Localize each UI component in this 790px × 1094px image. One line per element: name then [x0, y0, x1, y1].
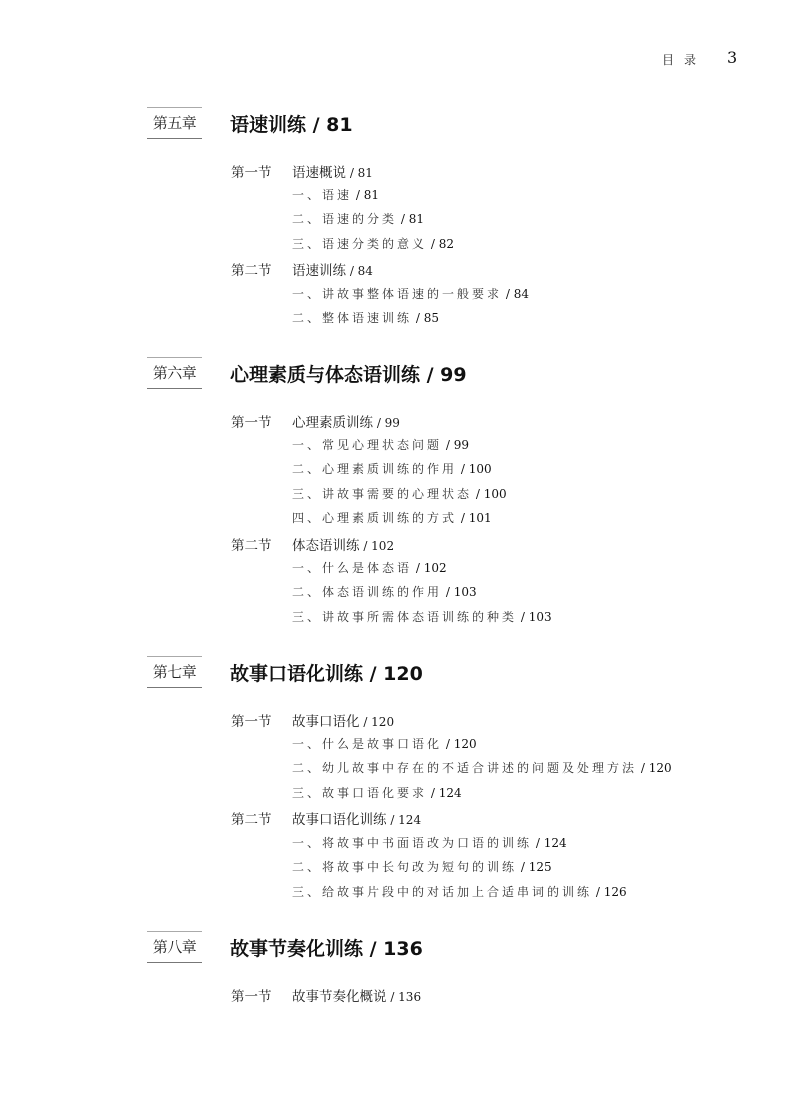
item-page: / 124 — [427, 786, 462, 800]
chapter-heading: 第五章 语速训练 / 81 — [147, 107, 707, 139]
section-label: 第二节 — [231, 259, 292, 279]
section-page: / 136 — [387, 990, 422, 1004]
chapter-title: 心理素质与体态语训练 / 99 — [230, 360, 467, 387]
toc-item: 三、讲故事所需体态语训练的种类 / 103 — [292, 608, 552, 625]
item-text: 二、心理素质训练的作用 — [292, 462, 457, 476]
item-text: 一、语速 — [292, 188, 352, 202]
chapter-heading: 第八章 故事节奏化训练 / 136 — [147, 931, 707, 963]
item-text: 一、讲故事整体语速的一般要求 — [292, 287, 502, 301]
item-page: / 81 — [352, 188, 379, 202]
section-title: 体态语训练 — [292, 538, 360, 554]
toc-item: 二、体态语训练的作用 / 103 — [292, 583, 477, 600]
item-page: / 100 — [472, 487, 507, 501]
section-entry: 第一节故事口语化 / 120 — [231, 710, 394, 730]
item-page: / 81 — [397, 212, 424, 226]
item-page: / 85 — [412, 311, 439, 325]
chapter-label: 第八章 — [147, 931, 202, 963]
chapter-title: 故事口语化训练 / 120 — [230, 659, 423, 686]
section-entry: 第一节故事节奏化概说 / 136 — [231, 985, 421, 1005]
item-page: / 103 — [517, 610, 552, 624]
item-page: / 102 — [412, 561, 447, 575]
item-page: / 101 — [457, 511, 492, 525]
toc-item: 一、语速 / 81 — [292, 186, 379, 203]
toc-item: 三、故事口语化要求 / 124 — [292, 784, 462, 801]
section-page: / 102 — [360, 539, 395, 553]
toc-item: 一、什么是体态语 / 102 — [292, 559, 447, 576]
section-label: 第二节 — [231, 534, 292, 554]
chapter-heading: 第六章 心理素质与体态语训练 / 99 — [147, 357, 707, 389]
toc-item: 三、讲故事需要的心理状态 / 100 — [292, 485, 507, 502]
item-text: 三、语速分类的意义 — [292, 237, 427, 251]
item-page: / 125 — [517, 860, 552, 874]
section-page: / 124 — [387, 813, 422, 827]
section-title: 故事口语化训练 — [292, 812, 387, 828]
item-text: 四、心理素质训练的方式 — [292, 511, 457, 525]
section-page: / 81 — [346, 166, 373, 180]
page-number: 3 — [727, 48, 737, 67]
section-page: / 99 — [373, 416, 400, 430]
section-entry: 第二节体态语训练 / 102 — [231, 534, 394, 554]
item-text: 一、什么是故事口语化 — [292, 737, 442, 751]
toc-item: 一、讲故事整体语速的一般要求 / 84 — [292, 285, 529, 302]
toc-item: 二、幼儿故事中存在的不适合讲述的问题及处理方法 / 120 — [292, 759, 672, 776]
section-page: / 84 — [346, 264, 373, 278]
chapter-label: 第七章 — [147, 656, 202, 688]
toc-item: 二、语速的分类 / 81 — [292, 210, 424, 227]
item-text: 三、讲故事所需体态语训练的种类 — [292, 610, 517, 624]
item-page: / 126 — [592, 885, 627, 899]
toc-item: 三、给故事片段中的对话加上合适串词的训练 / 126 — [292, 883, 627, 900]
toc-item: 四、心理素质训练的方式 / 101 — [292, 509, 492, 526]
toc-item: 二、将故事中长句改为短句的训练 / 125 — [292, 858, 552, 875]
item-page: / 103 — [442, 585, 477, 599]
section-title: 故事节奏化概说 — [292, 989, 387, 1005]
chapter-label: 第五章 — [147, 107, 202, 139]
item-text: 一、什么是体态语 — [292, 561, 412, 575]
section-entry: 第二节语速训练 / 84 — [231, 259, 373, 279]
item-text: 一、常见心理状态问题 — [292, 438, 442, 452]
section-entry: 第二节故事口语化训练 / 124 — [231, 808, 421, 828]
toc-item: 三、语速分类的意义 / 82 — [292, 235, 454, 252]
item-text: 二、体态语训练的作用 — [292, 585, 442, 599]
section-title: 语速训练 — [292, 263, 346, 279]
chapter-title: 故事节奏化训练 / 136 — [230, 934, 423, 961]
item-text: 二、语速的分类 — [292, 212, 397, 226]
section-title: 心理素质训练 — [292, 415, 373, 431]
item-text: 三、故事口语化要求 — [292, 786, 427, 800]
section-label: 第一节 — [231, 161, 292, 181]
item-page: / 120 — [637, 761, 672, 775]
toc-item: 一、常见心理状态问题 / 99 — [292, 436, 469, 453]
item-text: 二、整体语速训练 — [292, 311, 412, 325]
toc-item: 一、什么是故事口语化 / 120 — [292, 735, 477, 752]
item-page: / 124 — [532, 836, 567, 850]
section-title: 语速概说 — [292, 165, 346, 181]
toc-item: 二、心理素质训练的作用 / 100 — [292, 460, 492, 477]
chapter-title: 语速训练 / 81 — [230, 110, 353, 137]
item-page: / 84 — [502, 287, 529, 301]
section-label: 第一节 — [231, 710, 292, 730]
running-head: 目录 — [662, 51, 706, 68]
section-label: 第二节 — [231, 808, 292, 828]
chapter-heading: 第七章 故事口语化训练 / 120 — [147, 656, 707, 688]
item-page: / 99 — [442, 438, 469, 452]
item-text: 二、将故事中长句改为短句的训练 — [292, 860, 517, 874]
toc-item: 一、将故事中书面语改为口语的训练 / 124 — [292, 834, 567, 851]
item-page: / 82 — [427, 237, 454, 251]
section-entry: 第一节语速概说 / 81 — [231, 161, 373, 181]
chapter-label: 第六章 — [147, 357, 202, 389]
item-text: 三、给故事片段中的对话加上合适串词的训练 — [292, 885, 592, 899]
section-label: 第一节 — [231, 411, 292, 431]
section-label: 第一节 — [231, 985, 292, 1005]
item-text: 一、将故事中书面语改为口语的训练 — [292, 836, 532, 850]
item-text: 二、幼儿故事中存在的不适合讲述的问题及处理方法 — [292, 761, 637, 775]
section-page: / 120 — [360, 715, 395, 729]
toc-item: 二、整体语速训练 / 85 — [292, 309, 439, 326]
item-page: / 100 — [457, 462, 492, 476]
item-text: 三、讲故事需要的心理状态 — [292, 487, 472, 501]
section-entry: 第一节心理素质训练 / 99 — [231, 411, 400, 431]
section-title: 故事口语化 — [292, 714, 360, 730]
item-page: / 120 — [442, 737, 477, 751]
